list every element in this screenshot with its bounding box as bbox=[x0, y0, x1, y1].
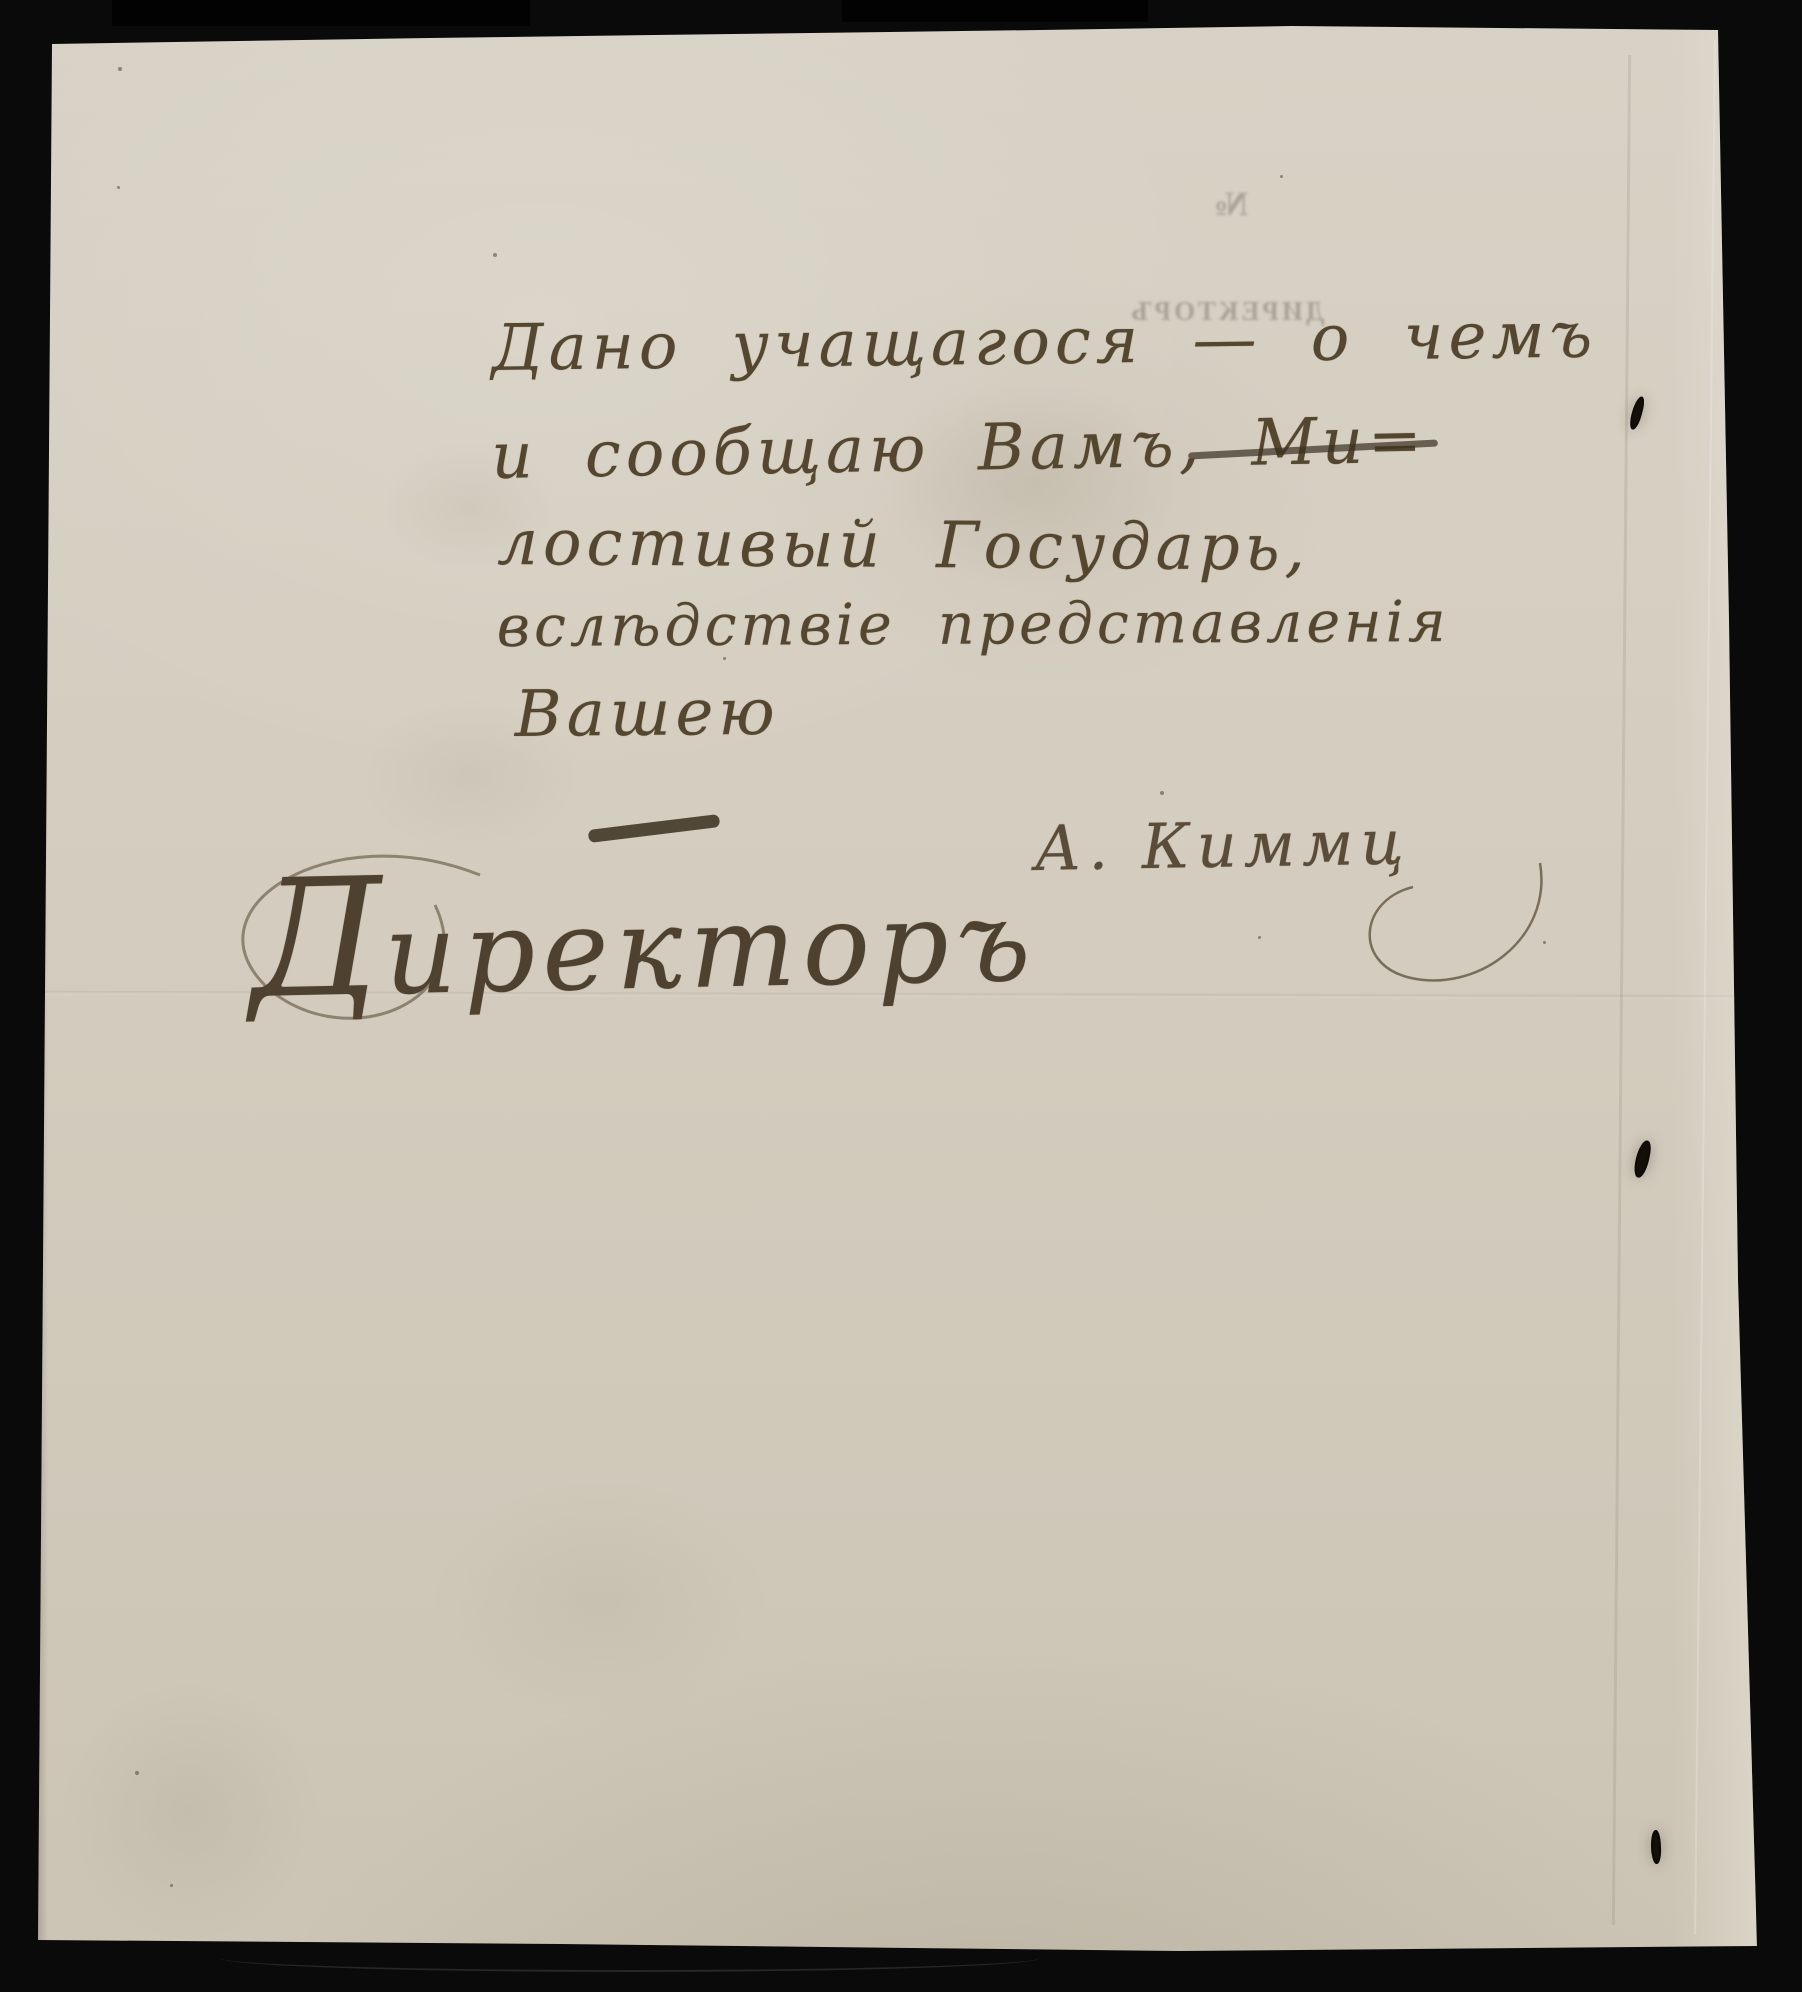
paper-speck bbox=[118, 67, 122, 71]
punch-hole bbox=[1650, 1830, 1662, 1865]
handwriting-line: вслѣдствіе представленія bbox=[497, 589, 1450, 660]
right-edge-highlight bbox=[1672, 30, 1756, 1946]
backdrop-notch bbox=[112, 0, 530, 26]
paper-stain bbox=[60, 1680, 320, 1940]
signature-flourish bbox=[1335, 855, 1565, 1005]
paper-speck bbox=[493, 253, 497, 257]
paper-speck bbox=[135, 1771, 139, 1775]
paper-speck bbox=[1160, 791, 1164, 795]
paper-sheet: № ДИРЕКТОРЪ Дано учащагося — о чемъ и со… bbox=[0, 0, 1802, 1992]
handwriting-line: Вашею bbox=[514, 676, 780, 752]
paper-speck bbox=[117, 186, 120, 189]
handwriting-line: лостивый Государь, bbox=[497, 506, 1310, 586]
vertical-crease bbox=[1612, 55, 1631, 1925]
shadow-curve bbox=[220, 1944, 1040, 1972]
vertical-crease bbox=[1694, 40, 1716, 1935]
paper-speck bbox=[1280, 175, 1283, 178]
paper-speck bbox=[1258, 936, 1261, 939]
handwriting-line: Дано учащагося — о чемъ bbox=[491, 298, 1597, 386]
bleedthrough-number-mark: № bbox=[1214, 186, 1248, 224]
scanned-document-scene: № ДИРЕКТОРЪ Дано учащагося — о чемъ и со… bbox=[0, 0, 1802, 1992]
backdrop-notch bbox=[842, 0, 1148, 22]
punch-hole bbox=[1632, 1139, 1653, 1179]
punch-hole bbox=[1628, 395, 1646, 430]
paper-speck bbox=[170, 1884, 173, 1887]
left-edge-shadow bbox=[38, 42, 48, 1940]
paper-stain bbox=[430, 1480, 770, 1720]
signature-flourish bbox=[150, 850, 570, 1050]
